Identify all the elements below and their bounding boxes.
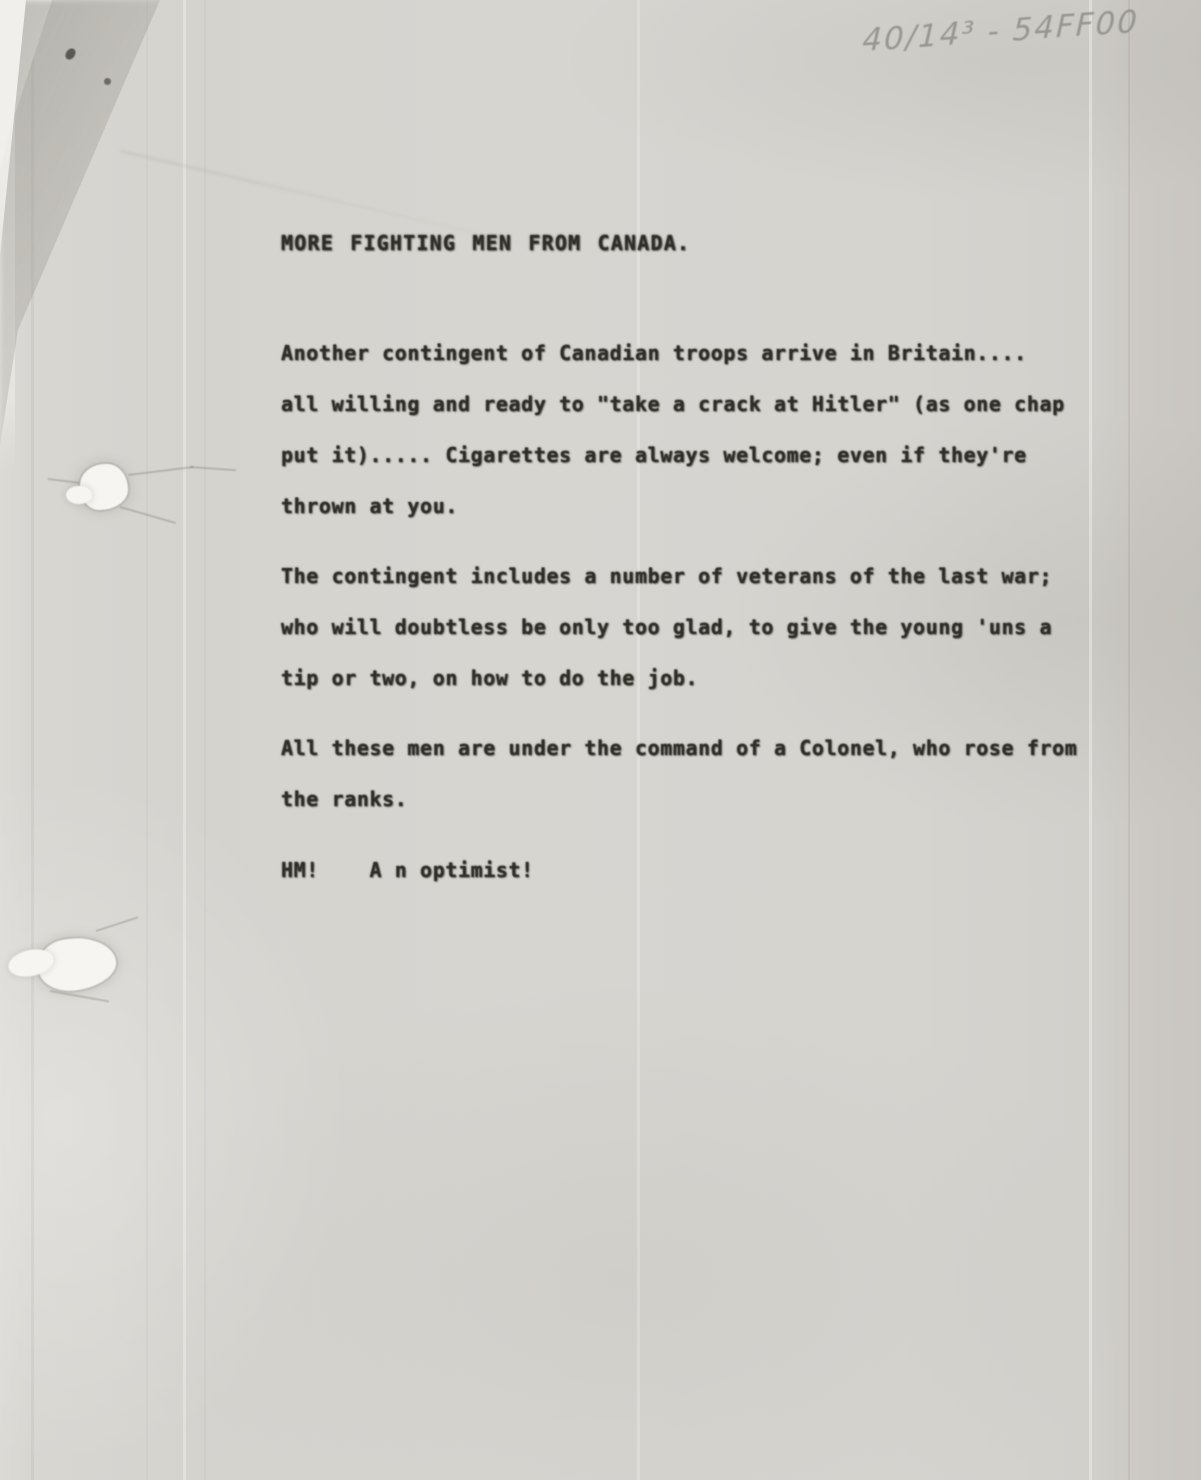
paper-crack — [120, 506, 176, 524]
document-title: MORE FIGHTING MEN FROM CANADA. — [281, 218, 690, 269]
paper-hole-upper-edge — [66, 486, 92, 504]
text-line: The contingent includes a number of vete… — [281, 551, 1052, 602]
paper-crease-line — [183, 0, 186, 1480]
document-page: 40/14³ - 54FF00 MORE FIGHTING MEN FROM C… — [0, 0, 1201, 1480]
text-line: who will doubtless be only too glad, to … — [281, 602, 1052, 653]
folded-corner — [0, 0, 190, 460]
paper-crack — [96, 916, 138, 931]
paragraph-3: All these men are under the command of a… — [281, 723, 1077, 825]
paragraph-signoff: HM! A n optimist! — [281, 845, 534, 896]
paper-crease-line — [204, 0, 206, 1480]
text-line: put it)..... Cigarettes are always welco… — [281, 430, 1065, 481]
paper-crease-line — [1128, 0, 1130, 1480]
text-line: thrown at you. — [281, 481, 1065, 532]
paper-hole-upper — [80, 464, 128, 510]
text-line: HM! A n optimist! — [281, 845, 534, 896]
paper-crack — [48, 478, 84, 484]
paper-crack — [128, 466, 194, 476]
paper-crease-line — [1089, 0, 1092, 1480]
ink-speck — [104, 78, 111, 85]
text-line: the ranks. — [281, 774, 1077, 825]
text-line: tip or two, on how to do the job. — [281, 653, 1052, 704]
paragraph-1: Another contingent of Canadian troops ar… — [281, 328, 1065, 532]
paragraph-2: The contingent includes a number of vete… — [281, 551, 1052, 704]
text-line: All these men are under the command of a… — [281, 723, 1077, 774]
paper-crease-line — [146, 0, 148, 1480]
paper-crack — [190, 466, 236, 471]
text-line: Another contingent of Canadian troops ar… — [281, 328, 1065, 379]
paper-crack — [50, 990, 109, 1002]
text-line: all willing and ready to "take a crack a… — [281, 379, 1065, 430]
handwritten-annotation: 40/14³ - 54FF00 — [862, 1, 1182, 59]
